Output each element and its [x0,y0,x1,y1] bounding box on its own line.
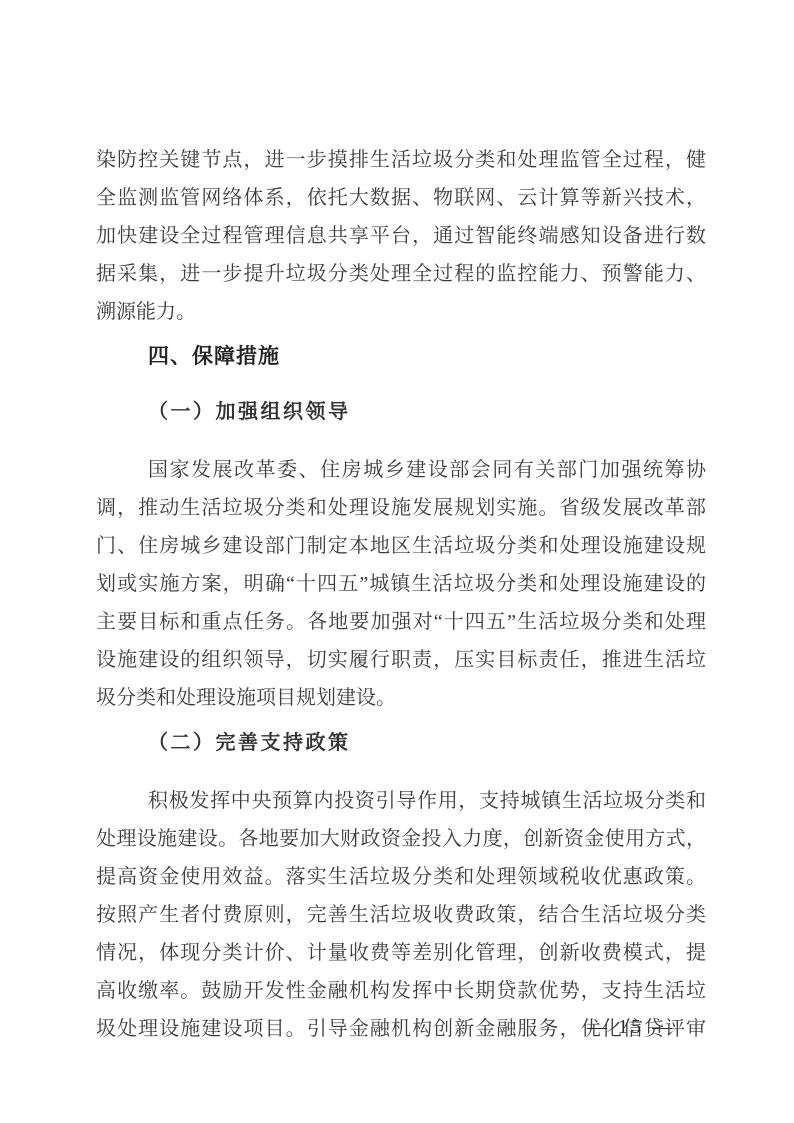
text-line: 划或实施方案，明确“十四五”城镇生活垃圾分类和处理设施建设的 [96,565,706,603]
text-line: 溯源能力。 [96,293,706,331]
text-line: 染防控关键节点，进一步摸排生活垃圾分类和处理监管全过程，健 [96,141,706,179]
text-line: 调，推动生活垃圾分类和处理设施发展规划实施。省级发展改革部 [96,489,706,527]
text-line: 据采集，进一步提升垃圾分类处理全过程的监控能力、预警能力、 [96,255,706,293]
text-line: 处理设施建设。各地要加大财政资金投入力度，创新资金使用方式， [96,820,706,858]
subsection-heading: （一）加强组织领导 [96,393,706,431]
text-line: 高收缴率。鼓励开发性金融机构发挥中长期贷款优势，支持生活垃 [96,972,706,1010]
document-page: 染防控关键节点，进一步摸排生活垃圾分类和处理监管全过程，健 全监测监管网络体系，… [0,0,794,1123]
page-number: — 15 — [587,1012,675,1042]
document-body: 染防控关键节点，进一步摸排生活垃圾分类和处理监管全过程，健 全监测监管网络体系，… [96,141,706,1048]
text-line: 圾分类和处理设施项目规划建设。 [96,679,706,717]
section-heading: 四、保障措施 [96,338,706,376]
text-line: 积极发挥中央预算内投资引导作用，支持城镇生活垃圾分类和 [96,782,706,820]
subsection-heading: （二）完善支持政策 [96,724,706,762]
text-line: 国家发展改革委、住房城乡建设部会同有关部门加强统筹协 [96,451,706,489]
text-line: 加快建设全过程管理信息共享平台，通过智能终端感知设备进行数 [96,217,706,255]
text-line: 门、住房城乡建设部门制定本地区生活垃圾分类和处理设施建设规 [96,527,706,565]
text-line: 按照产生者付费原则，完善生活垃圾收费政策，结合生活垃圾分类 [96,896,706,934]
text-line: 设施建设的组织领导，切实履行职责，压实目标责任，推进生活垃 [96,641,706,679]
text-line: 提高资金使用效益。落实生活垃圾分类和处理领域税收优惠政策。 [96,858,706,896]
text-line: 主要目标和重点任务。各地要加强对“十四五”生活垃圾分类和处理 [96,603,706,641]
text-line: 全监测监管网络体系，依托大数据、物联网、云计算等新兴技术， [96,179,706,217]
text-line: 情况，体现分类计价、计量收费等差别化管理，创新收费模式，提 [96,934,706,972]
